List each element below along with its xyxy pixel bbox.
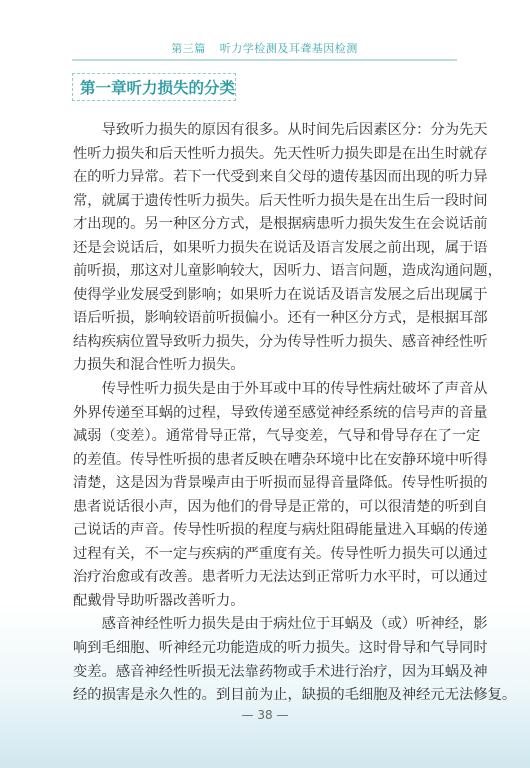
paragraph-line: 导致听力损失的原因有很多。从时间先后因素区分：分为先天	[73, 119, 458, 143]
paragraph-line: 力损失和混合性听力损失。	[73, 354, 458, 378]
paragraph-line: 在的听力异常。若下一代受到来自父母的遗传基因而出现的听力异	[73, 166, 458, 190]
paragraph-line: 前听损，那这对儿童影响较大，因听力、语言问题，造成沟通问题，	[73, 260, 458, 284]
paragraph-line: 常，就属于遗传性听力损失。后天性听力损失是在出生后一段时间	[73, 190, 458, 214]
part-label: 第三篇	[171, 42, 206, 55]
paragraph-line: 的差值。传导性听损的患者反映在嘈杂环境中比在安静环境中听得	[73, 449, 458, 473]
paragraph-line: 传导性听力损失是由于外耳或中耳的传导性病灶破坏了声音从	[73, 378, 458, 402]
paragraph-line: 经的损害是永久性的。到目前为止，缺损的毛细胞及神经元无法修复。	[73, 684, 458, 708]
paragraph-line: 性听力损失和后天性听力损失。先天性听力损失即是在出生时就存	[73, 143, 458, 167]
paragraph-line: 己说话的声音。传导性听损的程度与病灶阻碍能量进入耳蜗的传递	[73, 519, 458, 543]
chapter-number: 第一章	[80, 76, 127, 98]
chapter-title: 听力损失的分类	[127, 76, 236, 98]
paragraph-line: 变差。感音神经性听损无法靠药物或手术进行治疗，因为耳蜗及神	[73, 661, 458, 685]
header-divider	[72, 59, 457, 61]
running-header: 第三篇听力学检测及耳聋基因检测	[72, 40, 457, 56]
paragraph-line: 减弱（变差）。通常骨导正常，气导变差，气导和骨导存在了一定	[73, 425, 458, 449]
paragraph-line: 结构疾病位置导致听力损失，分为传导性听力损失、感音神经性听	[73, 331, 458, 355]
paragraph-line: 配戴骨导助听器改善听力。	[73, 590, 458, 614]
paragraph-line: 还是会说话后，如果听力损失在说话及语言发展之前出现，属于语	[73, 237, 458, 261]
body-text: 导致听力损失的原因有很多。从时间先后因素区分：分为先天性听力损失和后天性听力损失…	[73, 119, 458, 708]
paragraph-line: 外界传递至耳蜗的过程，导致传递至感觉神经系统的信号声的音量	[73, 402, 458, 426]
paragraph-line: 使得学业发展受到影响；如果听力在说话及语言发展之后出现属于	[73, 284, 458, 308]
paragraph-line: 过程有关，不一定与疾病的严重度有关。传导性听力损失可以通过	[73, 543, 458, 567]
page-number: — 38 —	[230, 708, 300, 722]
chapter-heading: 第一章听力损失的分类	[72, 73, 236, 101]
paragraph-line: 才出现的。另一种区分方式，是根据病患听力损失发生在会说话前	[73, 213, 458, 237]
paragraph-line: 响到毛细胞、听神经元功能造成的听力损失。这时骨导和气导同时	[73, 637, 458, 661]
part-title: 听力学检测及耳聋基因检测	[220, 42, 358, 55]
paragraph-line: 治疗治愈或有改善。患者听力无法达到正常听力水平时，可以通过	[73, 566, 458, 590]
paragraph-line: 语后听损，影响较语前听损偏小。还有一种区分方式，是根据耳部	[73, 307, 458, 331]
paragraph-line: 感音神经性听力损失是由于病灶位于耳蜗及（或）听神经，影	[73, 613, 458, 637]
paragraph-line: 清楚，这是因为背景噪声由于听损而显得音量降低。传导性听损的	[73, 472, 458, 496]
paragraph-line: 患者说话很小声，因为他们的骨导是正常的，可以很清楚的听到自	[73, 496, 458, 520]
